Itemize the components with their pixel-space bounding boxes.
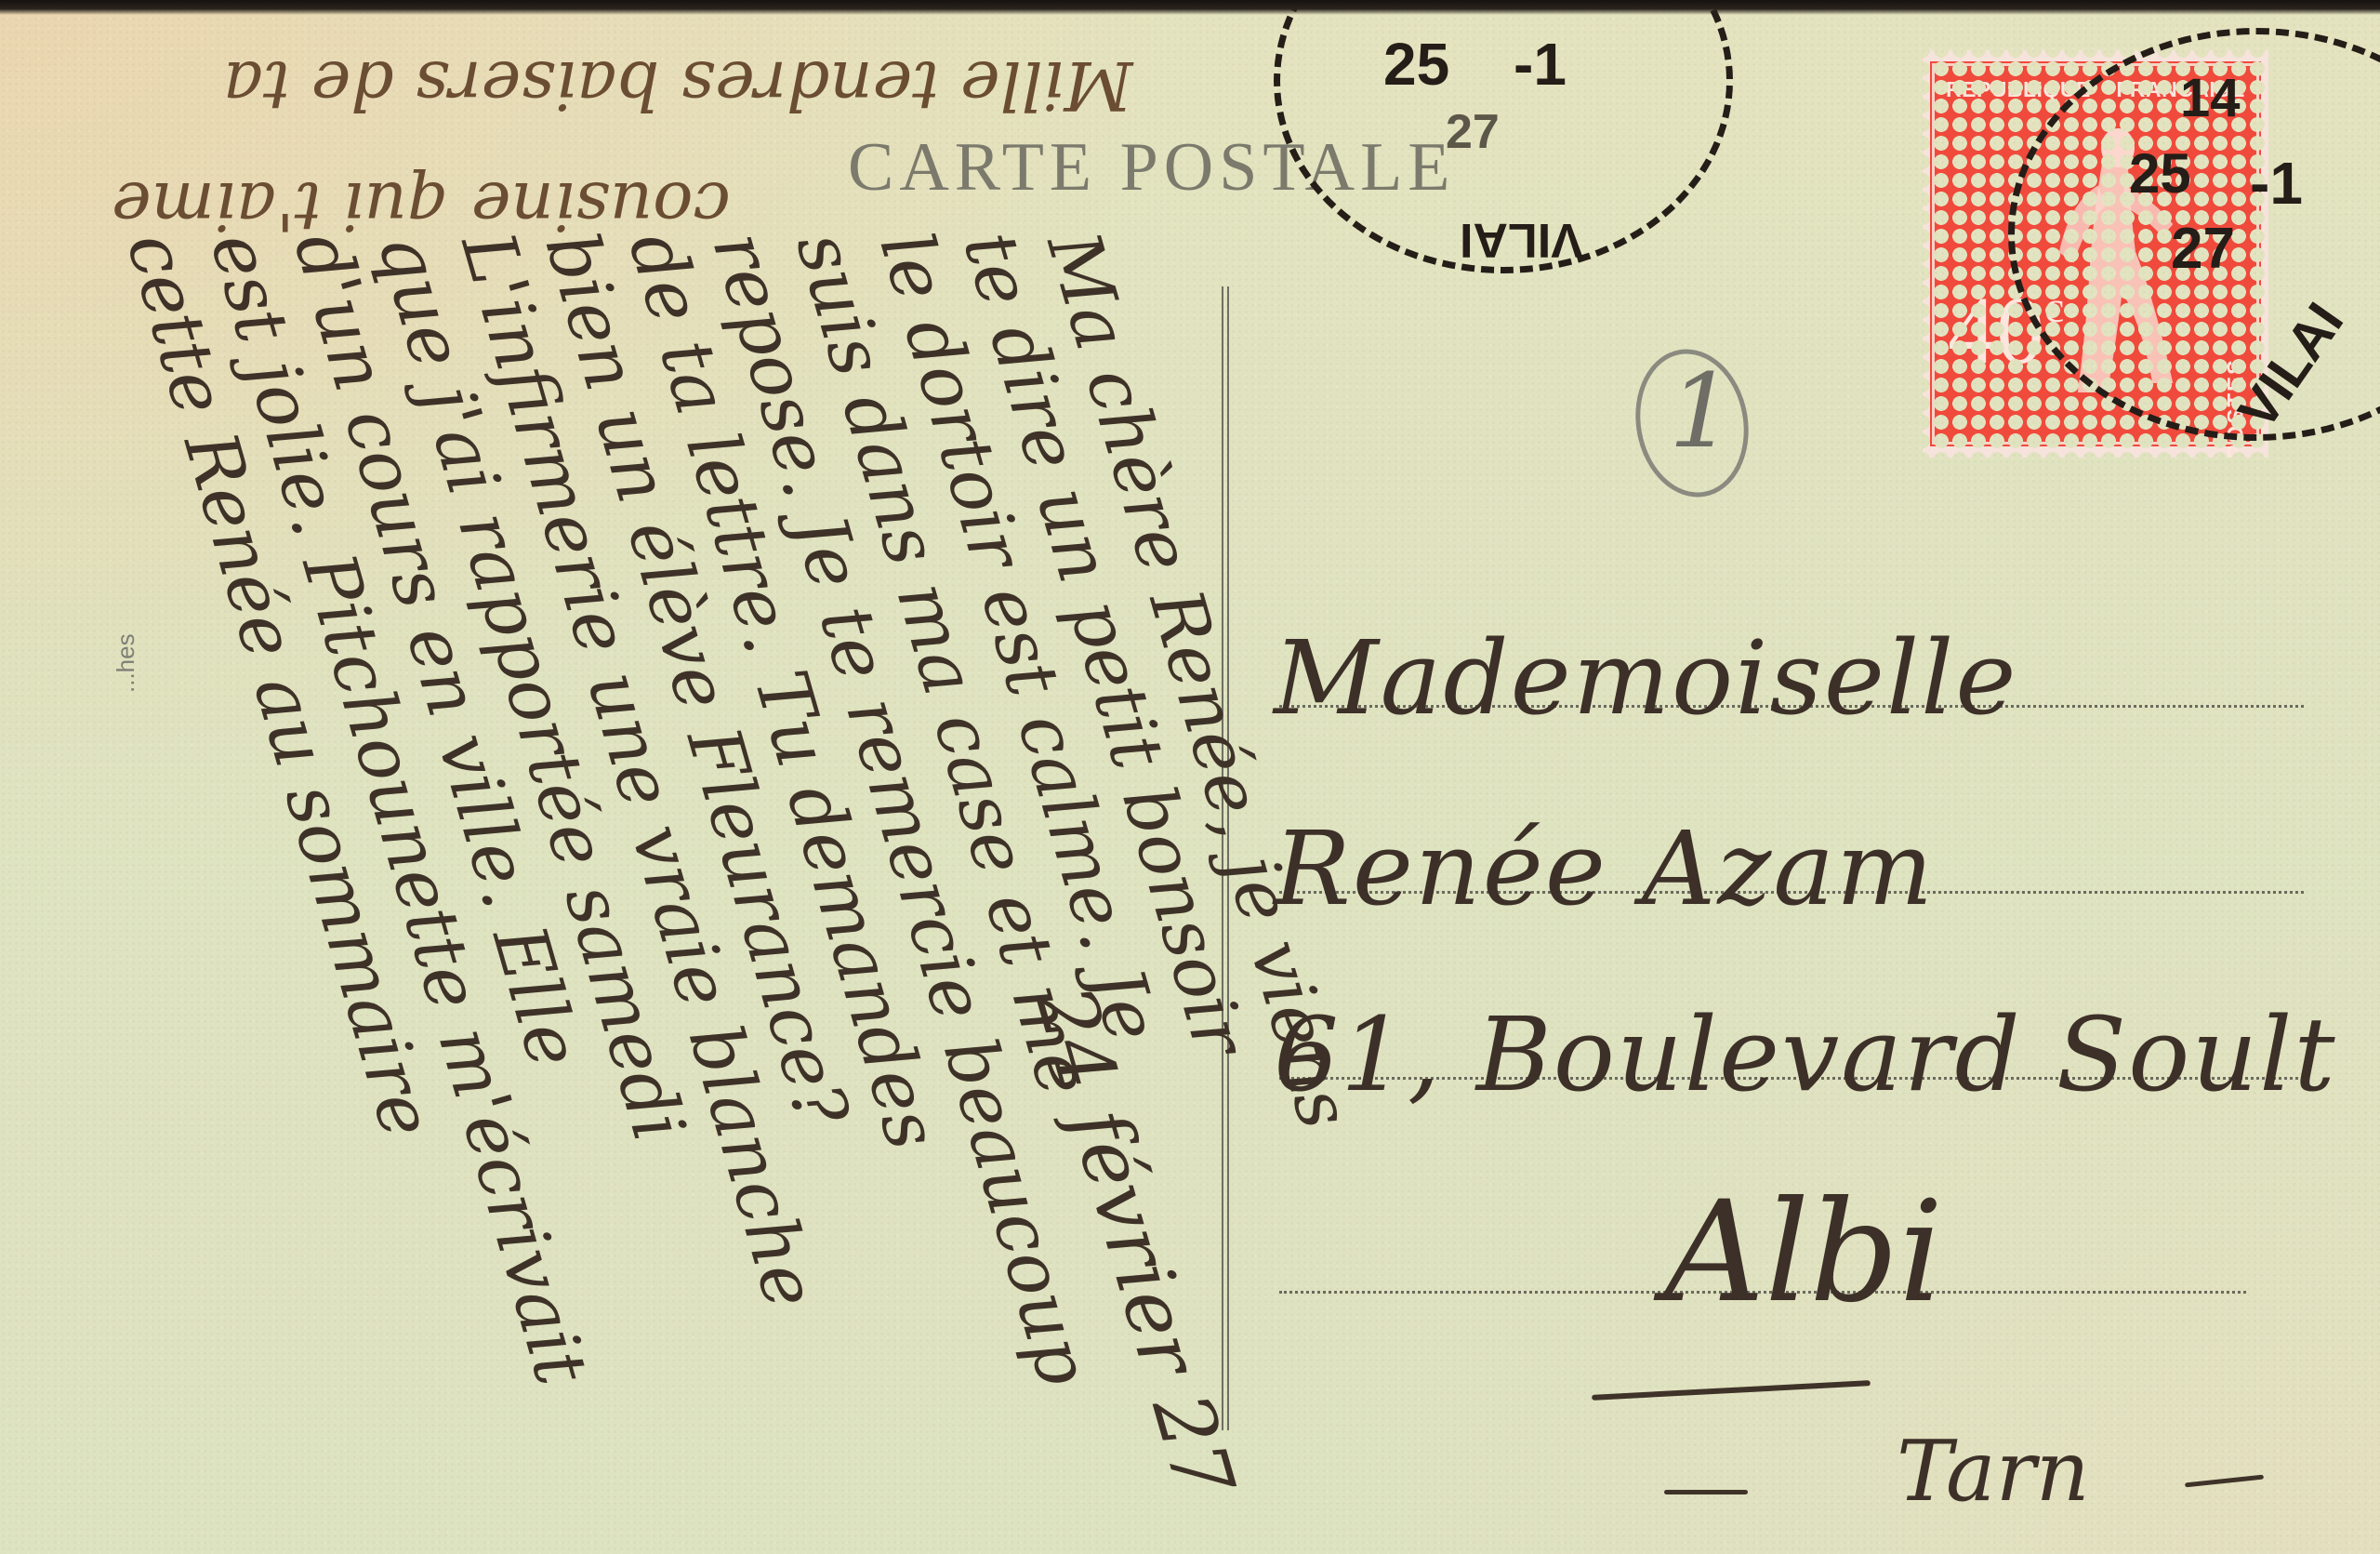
city-underline xyxy=(1592,1380,1871,1401)
postcard: CARTE POSTALE ...hes Mille tendres baise… xyxy=(0,9,2380,1554)
postmark-year: 27 xyxy=(2171,216,2235,282)
postmark-month: -1 xyxy=(2250,149,2303,218)
postmark-town: VILAI xyxy=(1460,212,1583,268)
postmark-month: -1 xyxy=(1514,30,1567,99)
postmark-day: 25 xyxy=(2129,141,2191,206)
scan-edge-shadow xyxy=(0,0,2380,15)
address-city: Albi xyxy=(1664,1172,1943,1334)
pencil-annotation: 1 xyxy=(1669,352,1734,471)
address-name: Renée Azam xyxy=(1274,809,1935,928)
message-upside-down-line: Mille tendres baisers de ta xyxy=(223,46,1132,125)
address-street: 61, Boulevard Soult xyxy=(1274,995,2337,1114)
message-body: Ma chère Renée, je viens te dire un peti… xyxy=(37,223,1190,1525)
postmark-year: 27 xyxy=(1446,104,1500,160)
address-title: Mademoiselle xyxy=(1274,618,2017,737)
department-dash-left xyxy=(1664,1490,1748,1494)
postmark-day: 25 xyxy=(1383,30,1449,99)
postmark-hour: 14 xyxy=(2180,67,2241,129)
address-department: Tarn xyxy=(1897,1423,2090,1521)
department-dash-right xyxy=(2185,1475,2264,1488)
